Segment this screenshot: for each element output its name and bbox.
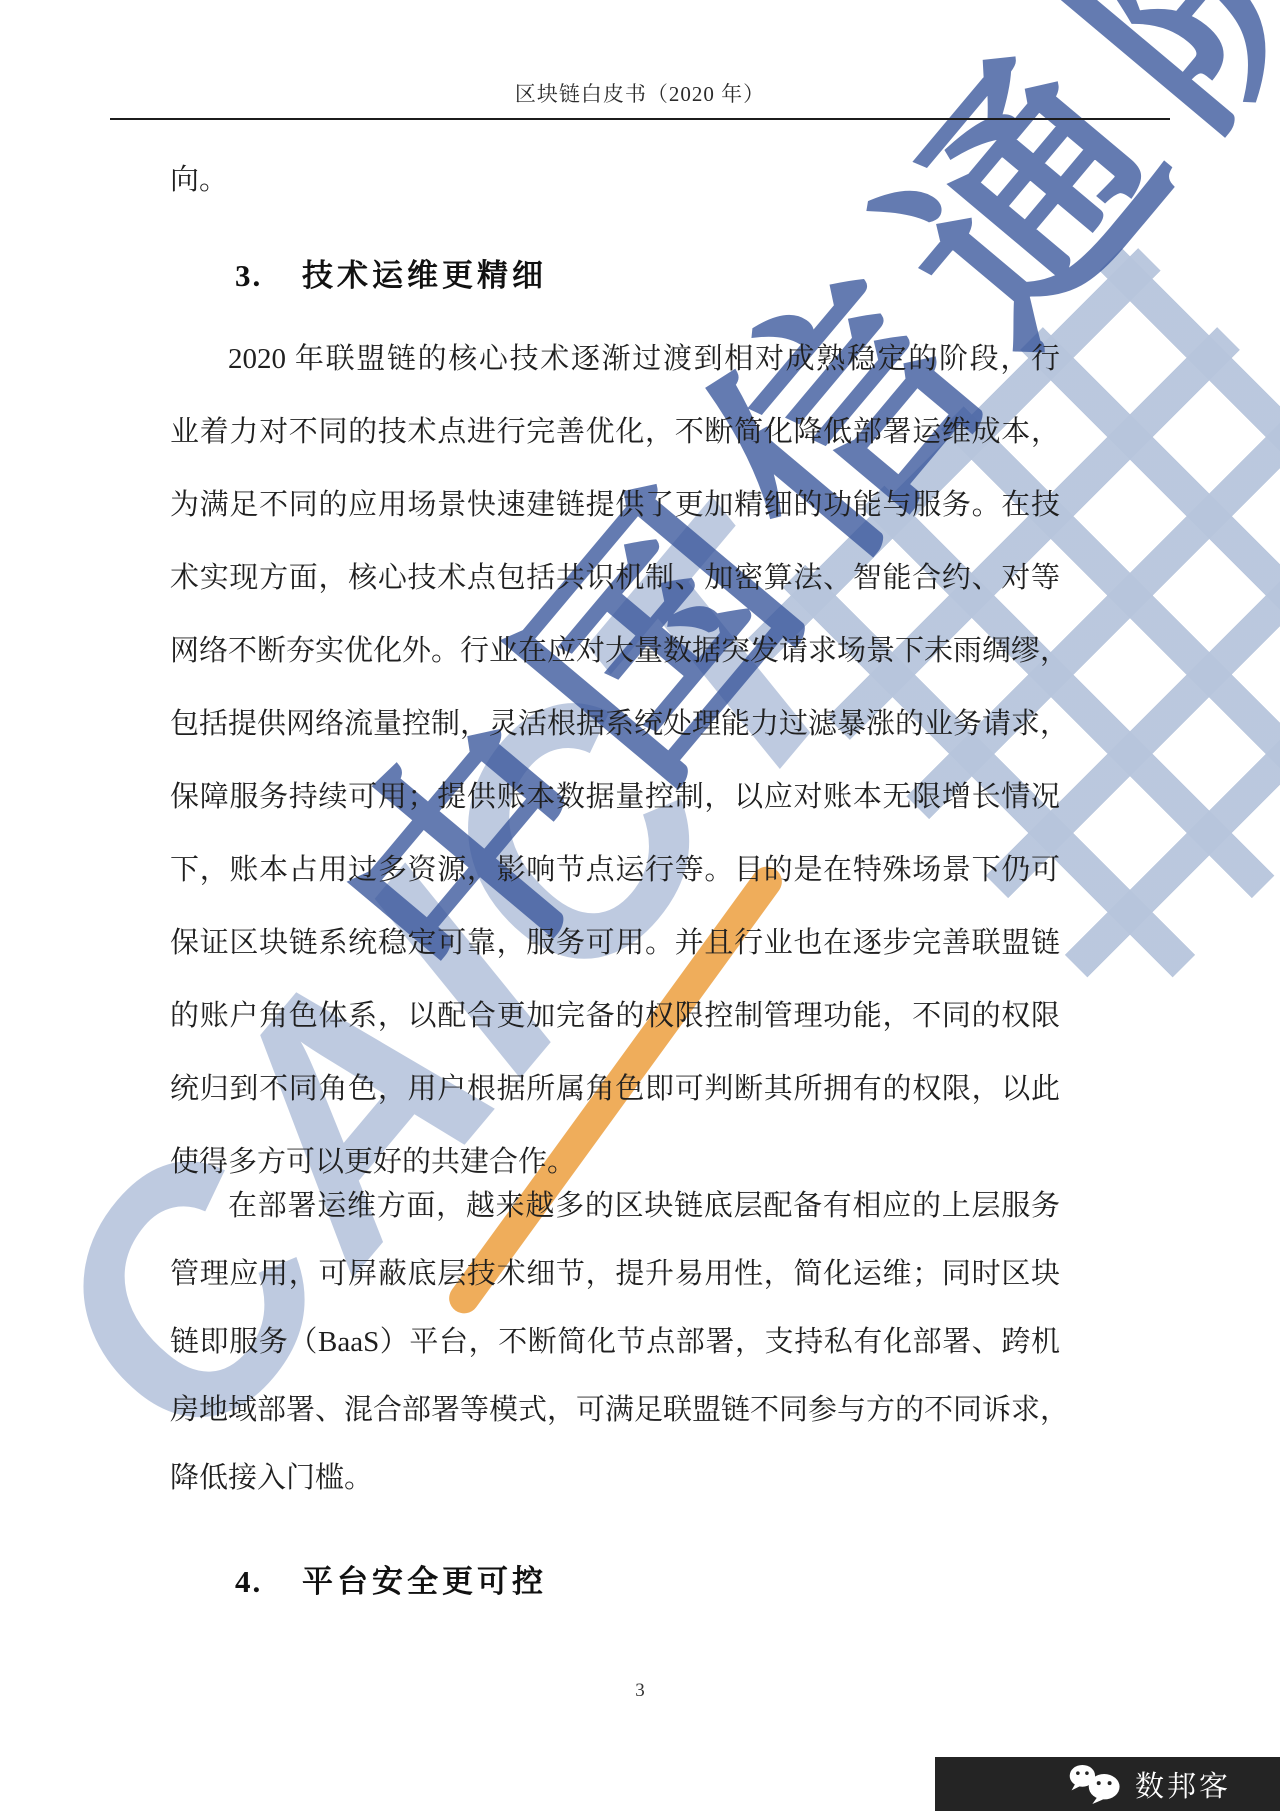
paragraph-line: 2020 年联盟链的核心技术逐渐过渡到相对成熟稳定的阶段，行 [170, 323, 1060, 396]
paragraph-line: 向。 [170, 160, 1060, 200]
paragraph-line: 术实现方面，核心技术点包括共识机制、加密算法、智能合约、对等 [170, 542, 1060, 615]
footer-brand-label: 数邦客 [1135, 1764, 1231, 1805]
paragraph-line: 的账户角色体系，以配合更加完备的权限控制管理功能，不同的权限 [170, 980, 1060, 1053]
document-page: CAICT 中国信通院 区块链白皮书（2020 年） 向。 3. 技术运维更精细… [0, 0, 1280, 1811]
section-title: 技术运维更精细 [302, 250, 547, 295]
section-heading-3: 3. 技术运维更精细 [235, 250, 547, 295]
paragraph-line: 在部署运维方面，越来越多的区块链底层配备有相应的上层服务 [170, 1172, 1060, 1240]
section-heading-4: 4. 平台安全更可控 [235, 1556, 547, 1601]
wechat-icon [1067, 1762, 1125, 1806]
paragraph-line: 保障服务持续可用；提供账本数据量控制，以应对账本无限增长情况 [170, 761, 1060, 834]
paragraph-line: 为满足不同的应用场景快速建链提供了更加精细的功能与服务。在技 [170, 469, 1060, 542]
section-number: 3. [235, 258, 262, 294]
section-number: 4. [235, 1564, 262, 1600]
page-number: 3 [0, 1680, 1280, 1702]
section-title: 平台安全更可控 [302, 1556, 547, 1601]
header-title: 区块链白皮书（2020 年） [0, 78, 1280, 108]
paragraph-line: 网络不断夯实优化外。行业在应对大量数据突发请求场景下未雨绸缪， [170, 615, 1060, 688]
paragraph-line: 包括提供网络流量控制，灵活根据系统处理能力过滤暴涨的业务请求， [170, 688, 1060, 761]
paragraph-line: 统归到不同角色，用户根据所属角色即可判断其所拥有的权限，以此 [170, 1053, 1060, 1126]
paragraph-line: 房地域部署、混合部署等模式，可满足联盟链不同参与方的不同诉求， [170, 1376, 1060, 1444]
paragraph-2: 在部署运维方面，越来越多的区块链底层配备有相应的上层服务 管理应用，可屏蔽底层技… [170, 1172, 1060, 1512]
footer-brand-bar: 数邦客 [935, 1757, 1280, 1811]
page-content: 区块链白皮书（2020 年） 向。 3. 技术运维更精细 2020 年联盟链的核… [0, 0, 1280, 1811]
paragraph-line: 链即服务（BaaS）平台，不断简化节点部署，支持私有化部署、跨机 [170, 1308, 1060, 1376]
paragraph-line: 业着力对不同的技术点进行完善优化，不断简化降低部署运维成本， [170, 396, 1060, 469]
paragraph-line: 保证区块链系统稳定可靠，服务可用。并且行业也在逐步完善联盟链 [170, 907, 1060, 980]
paragraph-line: 下，账本占用过多资源，影响节点运行等。目的是在特殊场景下仍可 [170, 834, 1060, 907]
paragraph-1: 2020 年联盟链的核心技术逐渐过渡到相对成熟稳定的阶段，行 业着力对不同的技术… [170, 323, 1060, 1199]
paragraph-line: 降低接入门槛。 [170, 1444, 1060, 1512]
header-rule [110, 118, 1170, 120]
paragraph-line: 管理应用，可屏蔽底层技术细节，提升易用性，简化运维；同时区块 [170, 1240, 1060, 1308]
